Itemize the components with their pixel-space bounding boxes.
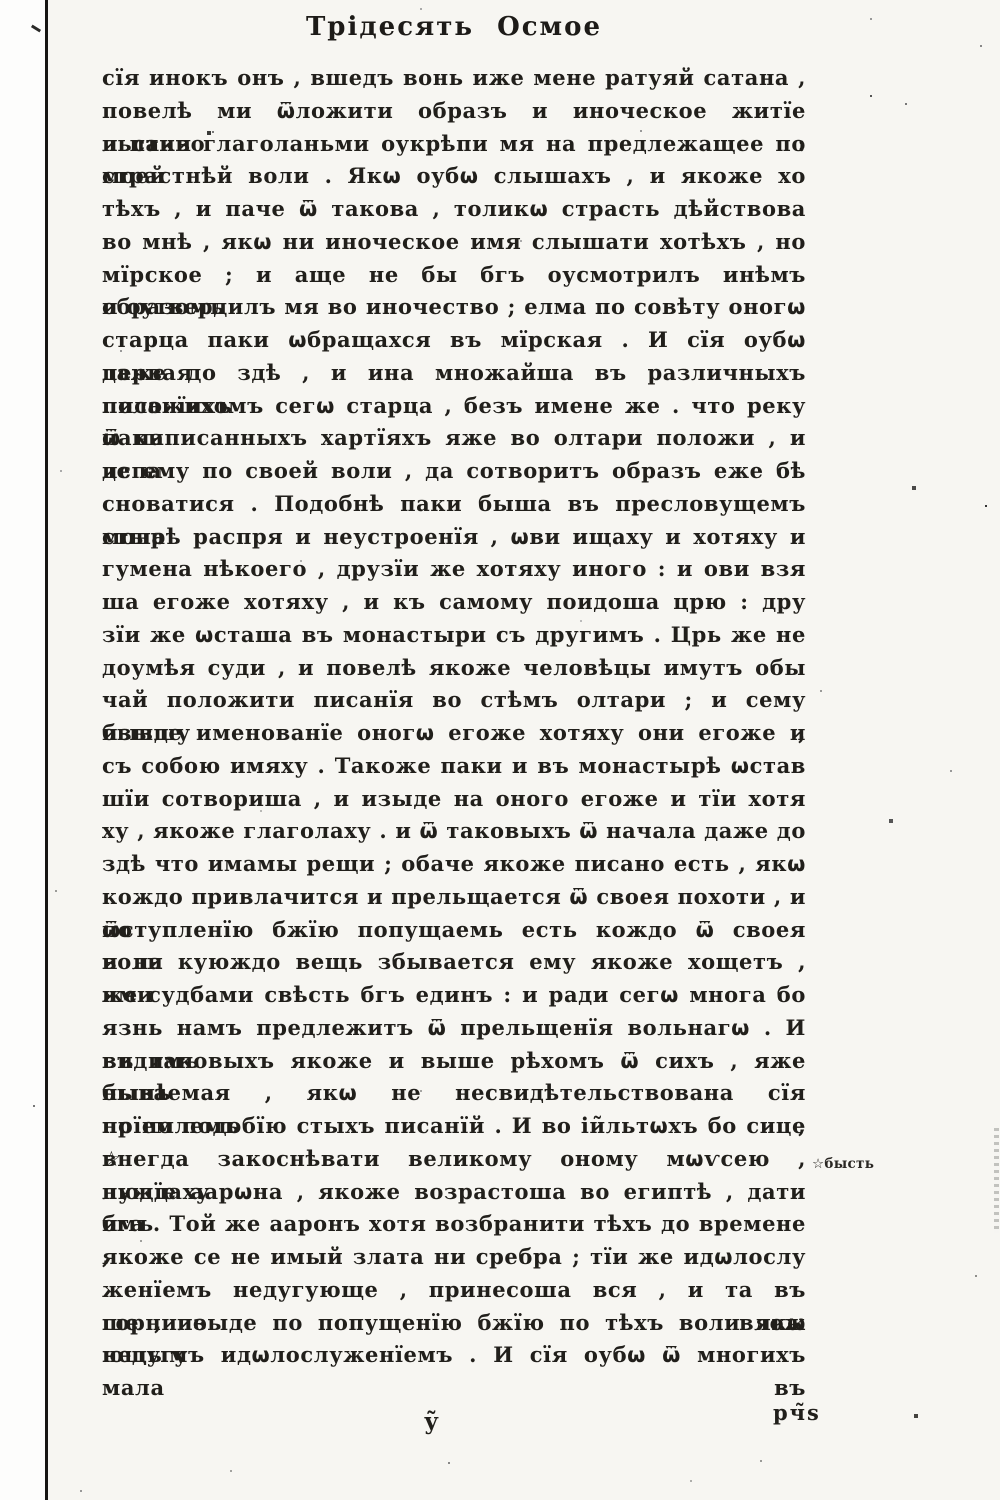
scan-noise-speckles: [0, 0, 2, 2]
text-line: зїи же ѡсташа въ монастыри съ другимъ . …: [102, 619, 806, 652]
scanned-book-page: Трідесять Осмое сїя инокъ онъ , вшедъ во…: [0, 0, 1000, 1500]
text-line: изыде именованїе оногѡ егоже хотяху они …: [102, 717, 806, 750]
text-line: кождо привлачится и прельщается ѿ своея …: [102, 881, 806, 914]
text-line: язнь намъ предлежитъ ѿ прельщенїя вольна…: [102, 1012, 806, 1045]
text-line: ше , изыде по попущенїю бжїю по тѣхъ вол…: [102, 1307, 806, 1340]
text-line: ющымъ идѡлослуженїемъ . И сїя оубѡ ѿ мно…: [102, 1339, 806, 1372]
text-line: положихомъ сегѡ старца , безъ имене же .…: [102, 390, 806, 423]
text-line: якоже се не имый злата ни сребра ; тїи ж…: [102, 1241, 806, 1274]
page-title: Трідесять Осмое: [102, 12, 806, 42]
text-line: бга . Той же ааронъ хотя возбранити тѣхъ…: [102, 1208, 806, 1241]
text-line: въ таковыхъ якоже и выше рѣхомъ ѿ сихъ ,…: [102, 1045, 806, 1078]
text-line: внегда закоснѣвати великому оному мѡѵсею…: [102, 1143, 806, 1176]
text-line: сноватися . Подобнѣ паки быша въ преслов…: [102, 488, 806, 521]
text-line: во мнѣ , якѡ ни иноческое имя слышати хо…: [102, 226, 806, 259]
scan-gutter-rule: [0, 0, 48, 1500]
text-line: гумена нѣкоего , друзїи же хотяху иного …: [102, 553, 806, 586]
text-line: же судбами свѣсть бгъ единъ : и ради сег…: [102, 979, 806, 1012]
text-line: шїи сотвориша , и изыде на оного егоже и…: [102, 783, 806, 816]
body-text-block: сїя инокъ онъ , вшедъ вонь иже мене рату…: [102, 62, 806, 1372]
text-line: и на куюждо вещь збывается ему якоже хощ…: [102, 946, 806, 979]
text-line: доумѣя суди , и повелѣ якоже человѣцы им…: [102, 652, 806, 685]
text-line: и паки глаголаньми оукрѣпи мя на предлеж…: [102, 128, 806, 161]
text-line: де ему по своей воли , да сотворитъ обра…: [102, 455, 806, 488]
text-line: даже до здѣ , и ина множайша въ различны…: [102, 357, 806, 390]
text-line: ѿ написанныхъ хартїяхъ яже во олтари пол…: [102, 422, 806, 455]
margin-note-correction: ☆бысть: [812, 1156, 874, 1172]
text-line: бываемая , якѡ не несвидѣтельствована сї…: [102, 1077, 806, 1110]
text-line: съ собою имяху . Такоже паки и въ монаст…: [102, 750, 806, 783]
text-line: и оутвердилъ мя во иночество ; елма по с…: [102, 291, 806, 324]
page-number: рч̃ѕ: [773, 1400, 821, 1425]
text-line: старца паки ѡбращахся въ мїрская . И сїя…: [102, 324, 806, 357]
text-line: тѣхъ , и паче ѿ такова , толикѡ страсть …: [102, 193, 806, 226]
text-line: здѣ что имамы рещи ; обаче якоже писано …: [102, 848, 806, 881]
text-line: сїя инокъ онъ , вшедъ вонь иже мене рату…: [102, 62, 806, 95]
text-line: стырѣ распря и неустроенїя , ѡви ищаху и…: [102, 521, 806, 554]
text-line: мїрское ; и аще не бы бгъ оусмотрилъ инѣ…: [102, 259, 806, 292]
text-line: женїемъ недугующе , принесоша вся , и та…: [102, 1274, 806, 1307]
text-line: чай положити писанїя во стѣмъ олтари ; и…: [102, 684, 806, 717]
quire-signature-mark: у̃: [424, 1408, 439, 1435]
scan-edge-streak: [994, 1128, 999, 1233]
text-line: повелѣ ми ѿложити образъ и иноческое жит…: [102, 95, 806, 128]
text-line: людїе аарѡна , якоже возрастоша во египт…: [102, 1176, 806, 1209]
text-line: ша егоже хотяху , и къ самому поидоша цр…: [102, 586, 806, 619]
text-line: но по подобїю стыхъ писанїй . И во іи̃ль…: [102, 1110, 806, 1143]
text-line: страстнѣй воли . Якѡ оубѡ слышахъ , и як…: [102, 160, 806, 193]
text-line: ху , якоже глаголаху . и ѿ таковыхъ ѿ на…: [102, 815, 806, 848]
text-line: ѿступленїю бжїю попущаемь есть кождо ѿ с…: [102, 914, 806, 947]
